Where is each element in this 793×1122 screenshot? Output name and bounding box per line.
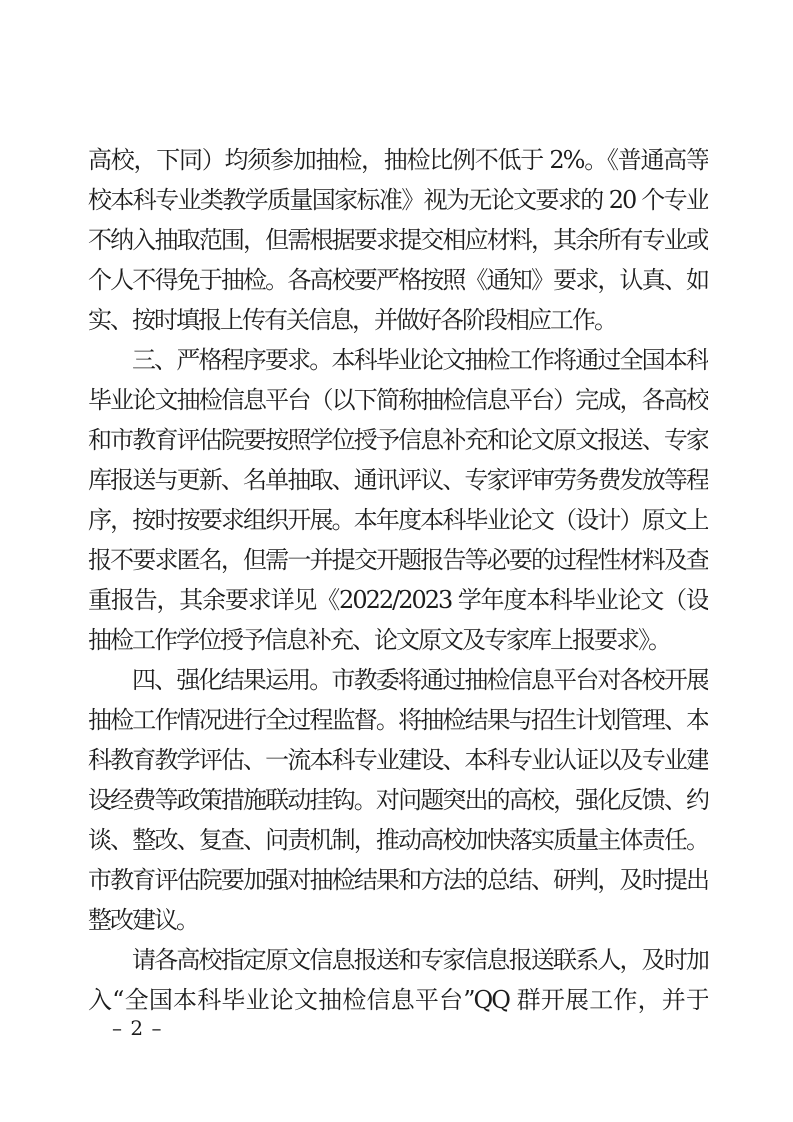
text-line: 科教育教学评估、一流本科专业建设、本科专业认证以及专业建 xyxy=(88,740,708,780)
text-line: 市教育评估院要加强对抽检结果和方法的总结、研判，及时提出 xyxy=(88,860,708,900)
text-line: 抽检工作情况进行全过程监督。将抽检结果与招生计划管理、本 xyxy=(88,700,708,740)
page-number: – 2 – xyxy=(112,1016,162,1040)
text-line: 重报告，其余要求详见《2022/2023 学年度本科毕业论文（设计） xyxy=(88,580,708,620)
text-line: 请各高校指定原文信息报送和专家信息报送联系人，及时加 xyxy=(88,940,708,980)
text-line: 入“全国本科毕业论文抽检信息平台”QQ 群开展工作，并于 2023 xyxy=(88,980,708,1020)
document-body: 高校，下同）均须参加抽检，抽检比例不低于 2%。《普通高等学 校本科专业类教学质… xyxy=(88,140,708,1020)
text-line: 抽检工作学位授予信息补充、论文原文及专家库上报要求》。 xyxy=(88,620,708,660)
paragraph-continuation: 高校，下同）均须参加抽检，抽检比例不低于 2%。《普通高等学 校本科专业类教学质… xyxy=(88,140,708,340)
text-line: 个人不得免于抽检。各高校要严格按照《通知》要求，认真、如 xyxy=(88,260,708,300)
text-line: 不纳入抽取范围，但需根据要求提交相应材料，其余所有专业或 xyxy=(88,220,708,260)
paragraph-section-4: 四、强化结果运用。市教委将通过抽检信息平台对各校开展 抽检工作情况进行全过程监督… xyxy=(88,660,708,940)
text-line: 四、强化结果运用。市教委将通过抽检信息平台对各校开展 xyxy=(88,660,708,700)
paragraph-contact-request: 请各高校指定原文信息报送和专家信息报送联系人，及时加 入“全国本科毕业论文抽检信… xyxy=(88,940,708,1020)
paragraph-section-3: 三、严格程序要求。本科毕业论文抽检工作将通过全国本科 毕业论文抽检信息平台（以下… xyxy=(88,340,708,660)
text-line: 毕业论文抽检信息平台（以下简称抽检信息平台）完成，各高校 xyxy=(88,380,708,420)
document-page: 高校，下同）均须参加抽检，抽检比例不低于 2%。《普通高等学 校本科专业类教学质… xyxy=(0,0,793,1122)
text-line: 序，按时按要求组织开展。本年度本科毕业论文（设计）原文上 xyxy=(88,500,708,540)
text-line: 谈、整改、复查、问责机制，推动高校加快落实质量主体责任。 xyxy=(88,820,708,860)
text-line: 和市教育评估院要按照学位授予信息补充和论文原文报送、专家 xyxy=(88,420,708,460)
text-line: 校本科专业类教学质量国家标准》视为无论文要求的 20 个专业暂 xyxy=(88,180,708,220)
text-line: 库报送与更新、名单抽取、通讯评议、专家评审劳务费发放等程 xyxy=(88,460,708,500)
text-line: 实、按时填报上传有关信息，并做好各阶段相应工作。 xyxy=(88,300,708,340)
text-line: 报不要求匿名，但需一并提交开题报告等必要的过程性材料及查 xyxy=(88,540,708,580)
text-line: 三、严格程序要求。本科毕业论文抽检工作将通过全国本科 xyxy=(88,340,708,380)
text-line: 高校，下同）均须参加抽检，抽检比例不低于 2%。《普通高等学 xyxy=(88,140,708,180)
text-line: 设经费等政策措施联动挂钩。对问题突出的高校，强化反馈、约 xyxy=(88,780,708,820)
text-line: 整改建议。 xyxy=(88,900,708,940)
